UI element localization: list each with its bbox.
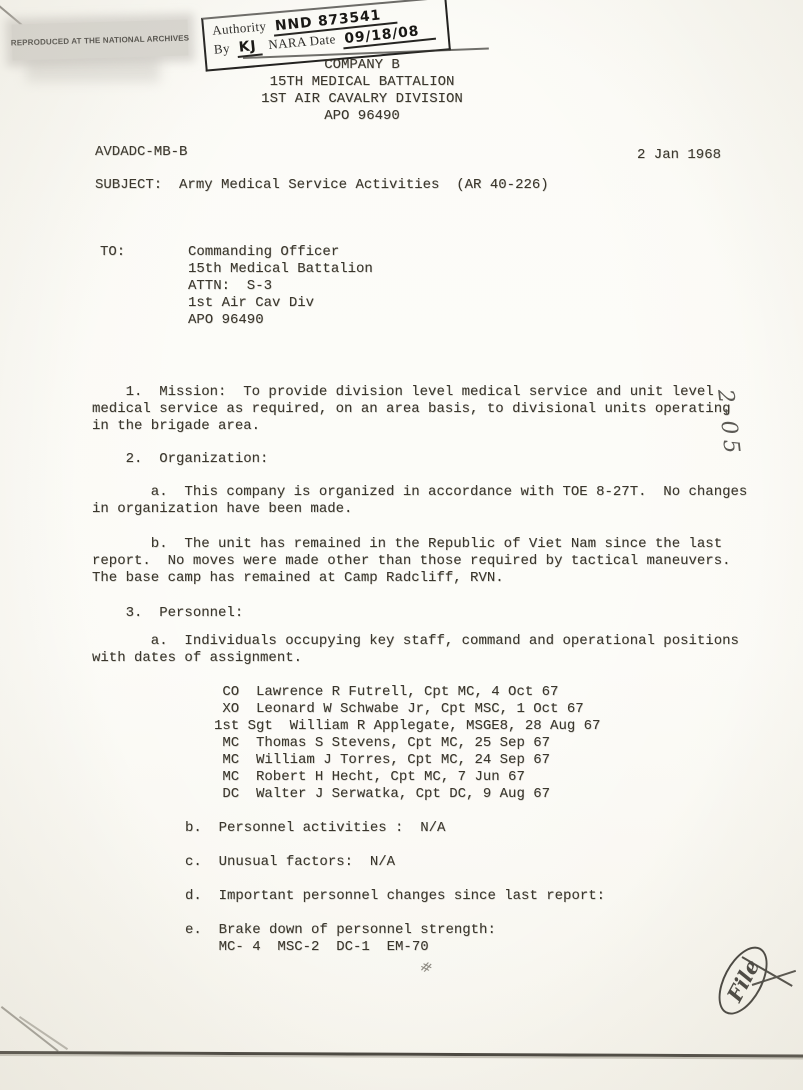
mission-paragraph: 1. Mission: To provide division level me… [92, 384, 731, 435]
personnel-subparagraph-a: a. Individuals occupying key staff, comm… [92, 633, 739, 667]
unit-letterhead: COMPANY B 15TH MEDICAL BATTALION 1ST AIR… [212, 57, 512, 125]
by-label: By [213, 40, 230, 57]
organization-subparagraph-b: b. The unit has remained in the Republic… [92, 536, 731, 587]
personnel-subparagraph-d: d. Important personnel changes since las… [185, 888, 605, 905]
letter-date: 2 Jan 1968 [637, 147, 721, 164]
document-page: REPRODUCED AT THE NATIONAL ARCHIVES Auth… [0, 0, 803, 1090]
pencil-scribble-mark: # [417, 958, 435, 978]
personnel-subparagraph-e: e. Brake down of personnel strength: MC-… [185, 922, 496, 956]
by-value-handwritten: KJ [236, 38, 262, 58]
to-address: Commanding Officer 15th Medical Battalio… [188, 244, 373, 329]
personnel-heading: 3. Personnel: [92, 605, 243, 622]
office-symbol: AVDADC-MB-B [95, 144, 187, 161]
to-label: TO: [100, 244, 125, 261]
authority-label: Authority [212, 18, 267, 39]
organization-subparagraph-a: a. This company is organized in accordan… [92, 484, 747, 518]
personnel-roster: CO Lawrence R Futrell, Cpt MC, 4 Oct 67 … [214, 684, 600, 803]
subject-line: SUBJECT: Army Medical Service Activities… [95, 177, 549, 194]
personnel-subparagraph-c: c. Unusual factors: N/A [185, 854, 395, 871]
national-archives-stamp: REPRODUCED AT THE NATIONAL ARCHIVES [12, 20, 189, 61]
personnel-subparagraph-b: b. Personnel activities : N/A [185, 820, 445, 837]
bottom-scratch-line [1, 1006, 59, 1052]
national-archives-stamp-text: REPRODUCED AT THE NATIONAL ARCHIVES [11, 33, 190, 47]
bottom-scratch-line [19, 1016, 68, 1050]
handwritten-side-note: 2-05 [712, 388, 744, 460]
organization-heading: 2. Organization: [92, 451, 268, 468]
handwritten-file-note: File [715, 942, 772, 1019]
